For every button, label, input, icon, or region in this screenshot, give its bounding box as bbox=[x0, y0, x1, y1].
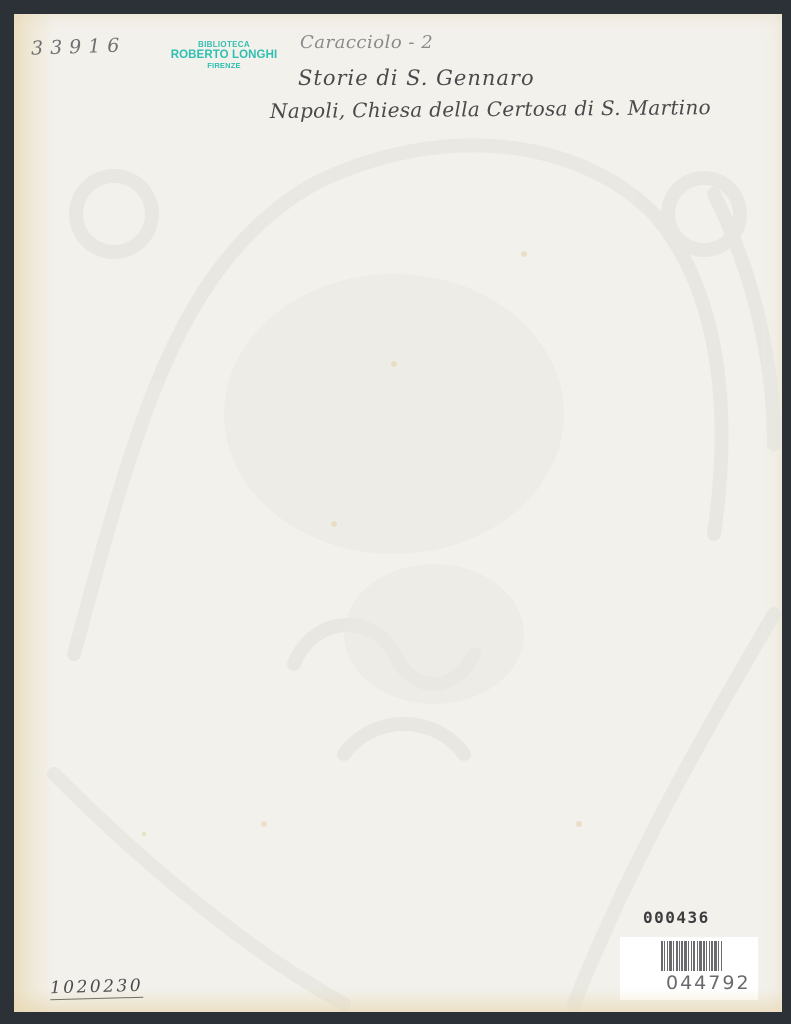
show-through-image bbox=[14, 14, 782, 1012]
accession-number: 33916 bbox=[31, 34, 127, 59]
inventory-number: 000436 bbox=[643, 908, 710, 927]
handwritten-subject: Storie di S. Gennaro bbox=[298, 66, 535, 90]
bottom-catalog-number: 1020230 bbox=[50, 976, 144, 1000]
handwritten-location: Napoli, Chiesa della Certosa di S. Marti… bbox=[270, 95, 711, 123]
barcode-icon bbox=[661, 941, 745, 971]
stamp-line-biblioteca: BIBLIOTECA bbox=[164, 40, 284, 49]
library-stamp: BIBLIOTECA ROBERTO LONGHI FIRENZE bbox=[164, 40, 284, 71]
scan-background: 33916 BIBLIOTECA ROBERTO LONGHI FIRENZE … bbox=[0, 0, 791, 1024]
barcode-label: 044792 bbox=[620, 937, 758, 1000]
barcode-number: 044792 bbox=[666, 972, 751, 994]
photo-verso-card: 33916 BIBLIOTECA ROBERTO LONGHI FIRENZE … bbox=[14, 14, 782, 1012]
stamp-line-firenze: FIRENZE bbox=[164, 62, 284, 71]
handwritten-artist: Caracciolo - 2 bbox=[300, 32, 433, 53]
